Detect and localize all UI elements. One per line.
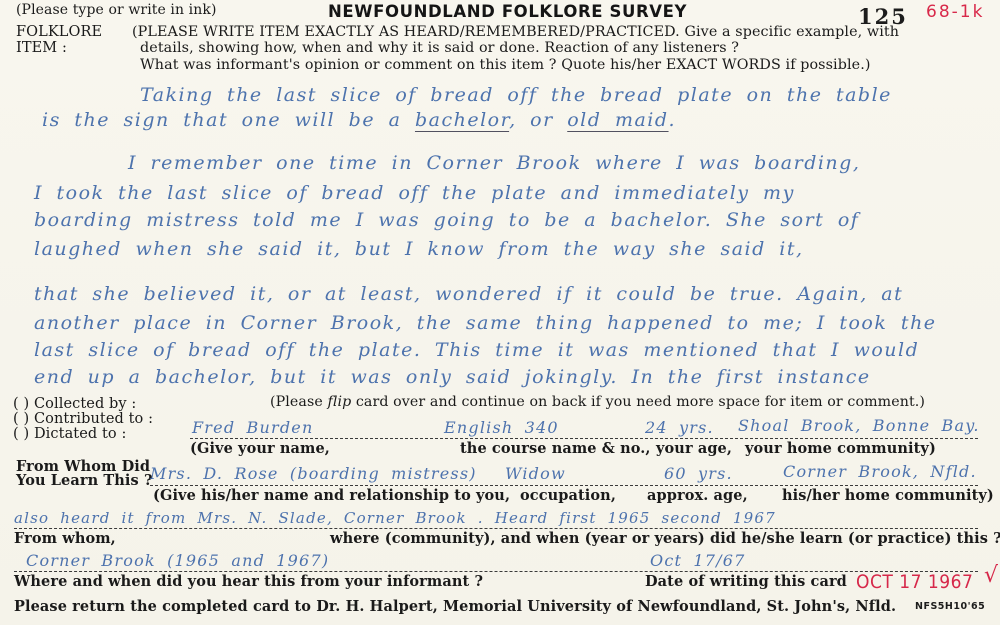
caption-date-writing: Date of writing this card [645, 573, 847, 590]
card-title: NEWFOUNDLAND FOLKLORE SURVEY [328, 2, 687, 21]
caption-your-age: your age, [656, 440, 732, 457]
check-mark-icon: √ [984, 563, 998, 588]
dictated-to-checkbox[interactable]: ( ) [13, 426, 29, 442]
hand-line: Taking the last slice of bread off the b… [140, 84, 892, 106]
collected-by-label: Collected by : [34, 396, 136, 412]
origin-field[interactable]: also heard it from Mrs. N. Slade, Corner… [14, 509, 776, 527]
caption-where-when: where (community), and when (year or yea… [330, 530, 1000, 547]
caption-from-whom: From whom, [14, 530, 116, 547]
form-code: NFS5H10'65 [915, 601, 985, 612]
collected-by-checkbox[interactable]: ( ) [13, 396, 29, 412]
item-instructions-line1: (PLEASE WRITE ITEM EXACTLY AS HEARD/REME… [132, 24, 899, 40]
caption-approx-age: approx. age, [647, 487, 748, 504]
caption-informant-community: his/her home community) [782, 487, 994, 504]
date-written-field[interactable]: Oct 17/67 [650, 551, 746, 570]
caption-informant-name: (Give his/her name and relationship to y… [153, 487, 510, 504]
contributed-to-label: Contributed to : [34, 411, 153, 427]
collector-name-field[interactable]: Fred Burden [192, 418, 313, 437]
dictated-to-option[interactable]: ( ) Dictated to : [13, 426, 126, 442]
ink-instruction: (Please type or write in ink) [16, 2, 217, 18]
return-instructions: Please return the completed card to Dr. … [14, 598, 896, 615]
hand-text: is the sign that one will be a [42, 109, 415, 131]
hand-line: I remember one time in Corner Brook wher… [128, 152, 860, 174]
collector-course-field[interactable]: English 340 [444, 418, 559, 437]
collected-by-option[interactable]: ( ) Collected by : [13, 396, 136, 412]
informant-age-field[interactable]: 60 yrs. [664, 464, 733, 483]
underlined-bachelor: bachelor [415, 109, 509, 131]
caption-your-community: your home community) [745, 440, 936, 457]
hand-text: . [669, 109, 677, 131]
item-label-line2: ITEM : [16, 40, 67, 56]
hand-line: another place in Corner Brook, the same … [34, 312, 937, 334]
collector-age-field[interactable]: 24 yrs. [645, 418, 714, 437]
underlined-old-maid: old maid [567, 109, 668, 131]
hand-line: end up a bachelor, but it was only said … [34, 366, 871, 388]
hand-line: I took the last slice of bread off the p… [34, 182, 795, 204]
informant-label-line2: You Learn This ? [16, 472, 153, 489]
hand-line: boarding mistress told me I was going to… [34, 209, 859, 231]
item-instructions-line2: details, showing how, when and why it is… [140, 40, 739, 56]
caption-occupation: occupation, [520, 487, 616, 504]
caption-course: the course name & no., [460, 440, 651, 457]
contributed-to-checkbox[interactable]: ( ) [13, 411, 29, 427]
item-instructions-line3: What was informant's opinion or comment … [140, 57, 871, 73]
flip-note-text: (Please flip card over and continue on b… [270, 394, 925, 410]
informant-name-field[interactable]: Mrs. D. Rose (boarding mistress) [150, 464, 477, 483]
caption-where-heard: Where and when did you hear this from yo… [14, 573, 483, 590]
date-received-stamp: OCT 17 1967 [856, 571, 973, 593]
caption-your-name: (Give your name, [190, 440, 330, 457]
hand-text: , or [509, 109, 567, 131]
flip-word: flip [327, 394, 351, 410]
informant-community-field[interactable]: Corner Brook, Nfld. [783, 462, 977, 481]
archive-code: 68-1k [926, 2, 984, 22]
collector-community-field[interactable]: Shoal Brook, Bonne Bay. [738, 416, 980, 435]
hand-line: that she believed it, or at least, wonde… [34, 283, 903, 305]
informant-occupation-field[interactable]: Widow [505, 464, 566, 483]
hand-line: last slice of bread off the plate. This … [34, 339, 919, 361]
hand-line: laughed when she said it, but I know fro… [34, 238, 804, 260]
folklore-survey-card: (Please type or write in ink) NEWFOUNDLA… [0, 0, 1000, 625]
hand-line: is the sign that one will be a bachelor,… [42, 109, 676, 131]
heard-where-when-field[interactable]: Corner Brook (1965 and 1967) [26, 551, 329, 570]
dictated-to-label: Dictated to : [34, 426, 127, 442]
heard-dashed-line [14, 571, 978, 572]
flip-card-note: (Please flip card over and continue on b… [270, 394, 925, 410]
informant-dashed-line [150, 485, 978, 486]
contributed-to-option[interactable]: ( ) Contributed to : [13, 411, 153, 427]
item-label-line1: FOLKLORE [16, 24, 102, 40]
collector-dashed-line [190, 438, 978, 439]
origin-dashed-line [14, 528, 978, 529]
